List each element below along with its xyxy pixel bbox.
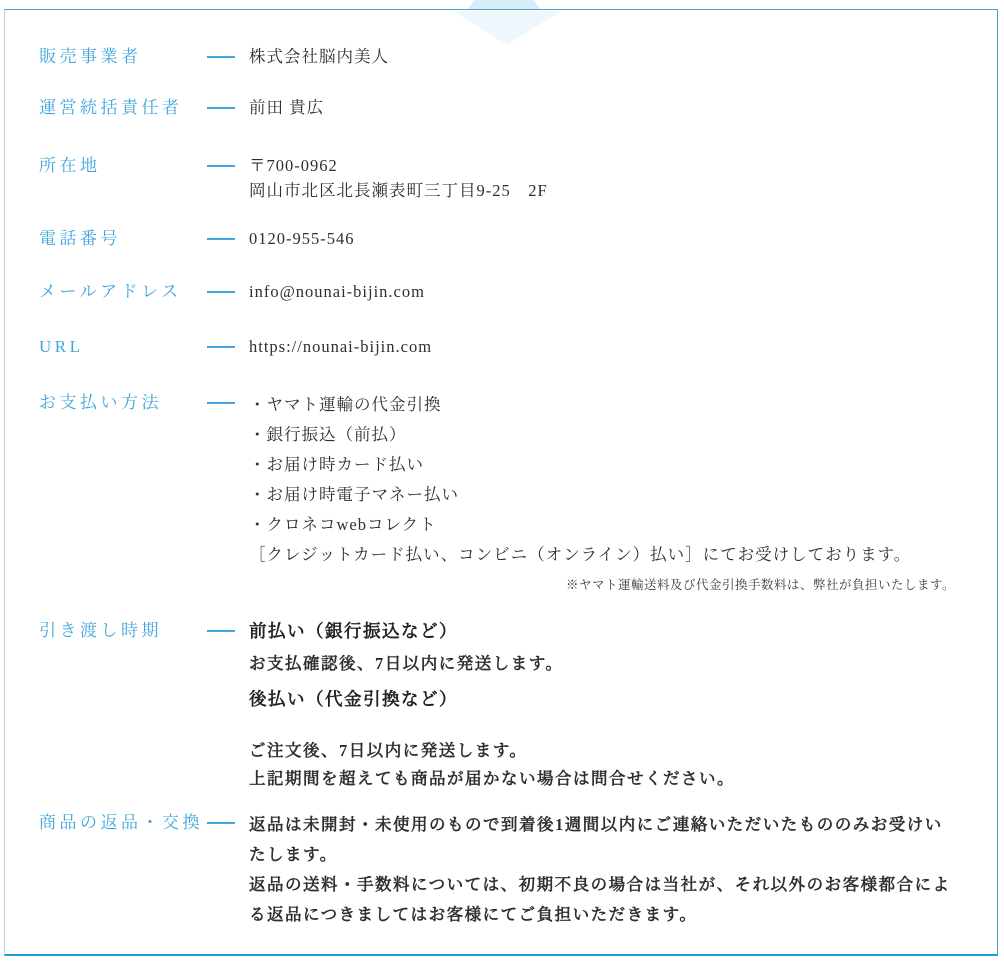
postpaid-title: 後払い（代金引換など） bbox=[249, 686, 955, 712]
site-url: https://nounai-bijin.com bbox=[249, 334, 955, 359]
postal-code: 〒700-0962 bbox=[249, 153, 955, 178]
dash-connector bbox=[207, 107, 235, 109]
row-label: 引き渡し時期 bbox=[39, 618, 207, 644]
row-label: 電話番号 bbox=[39, 226, 207, 252]
dash-connector bbox=[207, 56, 235, 58]
row-label: 販売事業者 bbox=[39, 44, 207, 70]
returns-policy: 返品は未開封・未使用のもので到着後1週間以内にご連絡いただいたもののみお受けいた… bbox=[249, 810, 955, 930]
payment-item: ・ヤマト運輸の代金引換 bbox=[249, 390, 955, 420]
row-seller: 販売事業者 株式会社脳内美人 bbox=[39, 44, 953, 70]
payment-item: ・クロネコwebコレクト bbox=[249, 510, 955, 540]
postpaid-text: ご注文後、7日以内に発送します。 bbox=[249, 737, 955, 765]
prepaid-text: お支払確認後、7日以内に発送します。 bbox=[249, 650, 955, 678]
dash-connector bbox=[207, 346, 235, 348]
row-value: 株式会社脳内美人 bbox=[249, 44, 955, 69]
dash-connector bbox=[207, 402, 235, 404]
row-returns: 商品の返品・交換 返品は未開封・未使用のもので到着後1週間以内にご連絡いただいた… bbox=[39, 810, 953, 930]
row-delivery-time: 引き渡し時期 前払い（銀行振込など） お支払確認後、7日以内に発送します。 後払… bbox=[39, 618, 953, 793]
chevron-decoration bbox=[453, 11, 561, 45]
payment-item: ・銀行振込（前払） bbox=[249, 420, 955, 450]
row-url: URL https://nounai-bijin.com bbox=[39, 334, 953, 360]
payment-item: ［クレジットカード払い、コンビニ（オンライン）払い］にてお受けしております。 bbox=[249, 540, 955, 570]
info-panel: 販売事業者 株式会社脳内美人 運営統括責任者 前田 貴広 所在地 〒700-09… bbox=[4, 9, 998, 956]
returns-paragraph: 返品は未開封・未使用のもので到着後1週間以内にご連絡いただいたもののみお受けいた… bbox=[249, 810, 955, 870]
payment-item: ・お届け時カード払い bbox=[249, 450, 955, 480]
row-label: メールアドレス bbox=[39, 279, 207, 305]
dash-connector bbox=[207, 630, 235, 632]
email-address: info@nounai-bijin.com bbox=[249, 279, 955, 304]
row-value: 〒700-0962 岡山市北区北長瀬表町三丁目9-25 2F bbox=[249, 153, 955, 203]
row-phone: 電話番号 0120-955-546 bbox=[39, 226, 953, 252]
phone-number: 0120-955-546 bbox=[249, 226, 955, 251]
row-label: お支払い方法 bbox=[39, 390, 207, 416]
delivery-details: 前払い（銀行振込など） お支払確認後、7日以内に発送します。 後払い（代金引換な… bbox=[249, 618, 955, 793]
returns-paragraph: 返品の送料・手数料については、初期不良の場合は当社が、それ以外のお客様都合による… bbox=[249, 870, 955, 930]
dash-connector bbox=[207, 165, 235, 167]
row-label: 所在地 bbox=[39, 153, 207, 179]
row-label: 運営統括責任者 bbox=[39, 95, 207, 121]
dash-connector bbox=[207, 291, 235, 293]
payment-fee-note: ※ヤマト運輸送料及び代金引換手数料は、弊社が負担いたします。 bbox=[249, 576, 955, 594]
dash-connector bbox=[207, 238, 235, 240]
row-payment-methods: お支払い方法 ・ヤマト運輸の代金引換 ・銀行振込（前払） ・お届け時カード払い … bbox=[39, 390, 953, 594]
info-rows: 販売事業者 株式会社脳内美人 運営統括責任者 前田 貴広 所在地 〒700-09… bbox=[5, 44, 997, 930]
tokushoho-page: 販売事業者 株式会社脳内美人 運営統括責任者 前田 貴広 所在地 〒700-09… bbox=[0, 0, 1004, 965]
prepaid-title: 前払い（銀行振込など） bbox=[249, 618, 955, 644]
overdue-text: 上記期間を超えても商品が届かない場合は問合せください。 bbox=[249, 765, 955, 793]
street-address: 岡山市北区北長瀬表町三丁目9-25 2F bbox=[249, 178, 955, 203]
payment-item: ・お届け時電子マネー払い bbox=[249, 480, 955, 510]
payment-list: ・ヤマト運輸の代金引換 ・銀行振込（前払） ・お届け時カード払い ・お届け時電子… bbox=[249, 390, 955, 594]
row-label: URL bbox=[39, 334, 207, 360]
row-value: 前田 貴広 bbox=[249, 95, 955, 120]
row-label: 商品の返品・交換 bbox=[39, 810, 207, 836]
row-email: メールアドレス info@nounai-bijin.com bbox=[39, 279, 953, 305]
row-manager: 運営統括責任者 前田 貴広 bbox=[39, 95, 953, 121]
row-address: 所在地 〒700-0962 岡山市北区北長瀬表町三丁目9-25 2F bbox=[39, 153, 953, 203]
dash-connector bbox=[207, 822, 235, 824]
